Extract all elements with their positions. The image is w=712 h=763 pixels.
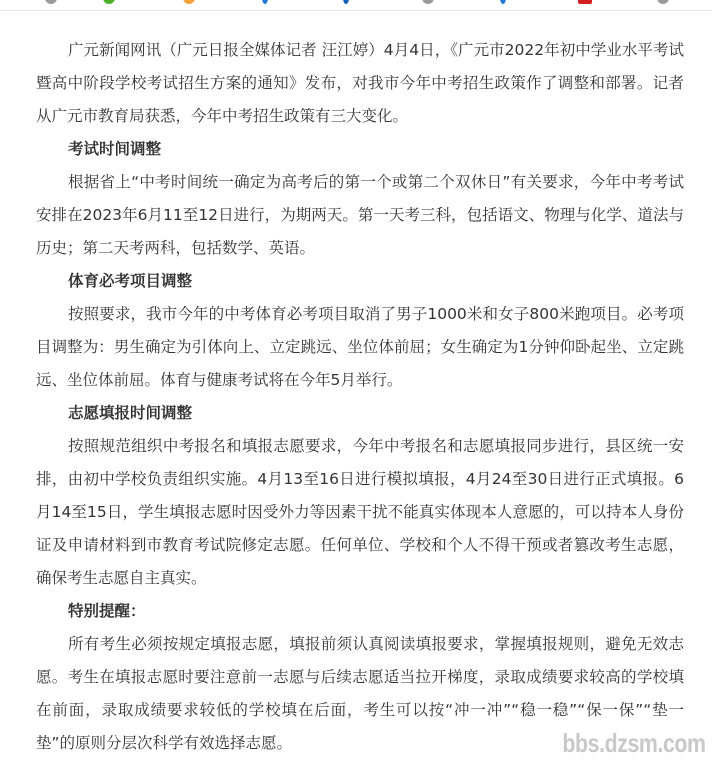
blue-arrow-icon-2[interactable] — [343, 0, 349, 4]
section-body-pe-items: 按照要求，我市今年的中考体育必考项目取消了男子1000米和女子800米跑项目。必… — [36, 298, 684, 397]
gray-circle-icon[interactable] — [45, 0, 57, 4]
blue-arrow-icon-3[interactable] — [500, 0, 506, 4]
share-toolbar — [0, 0, 712, 11]
green-globe-icon[interactable] — [103, 0, 115, 4]
article-body: 广元新闻网讯（广元日报全媒体记者 汪江婷）4月4日，《广元市2022年初中学业水… — [36, 34, 684, 760]
section-heading-special-reminder: 特别提醒： — [36, 595, 684, 628]
intro-paragraph: 广元新闻网讯（广元日报全媒体记者 汪江婷）4月4日，《广元市2022年初中学业水… — [36, 34, 684, 133]
section-heading-application-time: 志愿填报时间调整 — [36, 397, 684, 430]
section-heading-exam-time: 考试时间调整 — [36, 133, 684, 166]
gray-circle-icon-2[interactable] — [422, 0, 434, 4]
gray-circle-icon-3[interactable] — [657, 0, 669, 4]
section-body-application-time: 按照规范组织中考报名和填报志愿要求，今年中考报名和志愿填报同步进行，县区统一安排… — [36, 430, 684, 595]
watermark: bbs.dzsm.com — [563, 728, 706, 759]
red-icon[interactable] — [578, 0, 592, 4]
section-body-exam-time: 根据省上“中考时间统一确定为高考后的第一个或第二个双休日”有关要求，今年中考考试… — [36, 166, 684, 265]
blue-arrow-icon[interactable] — [262, 0, 268, 4]
section-heading-pe-items: 体育必考项目调整 — [36, 265, 684, 298]
orange-icon[interactable] — [183, 0, 195, 4]
